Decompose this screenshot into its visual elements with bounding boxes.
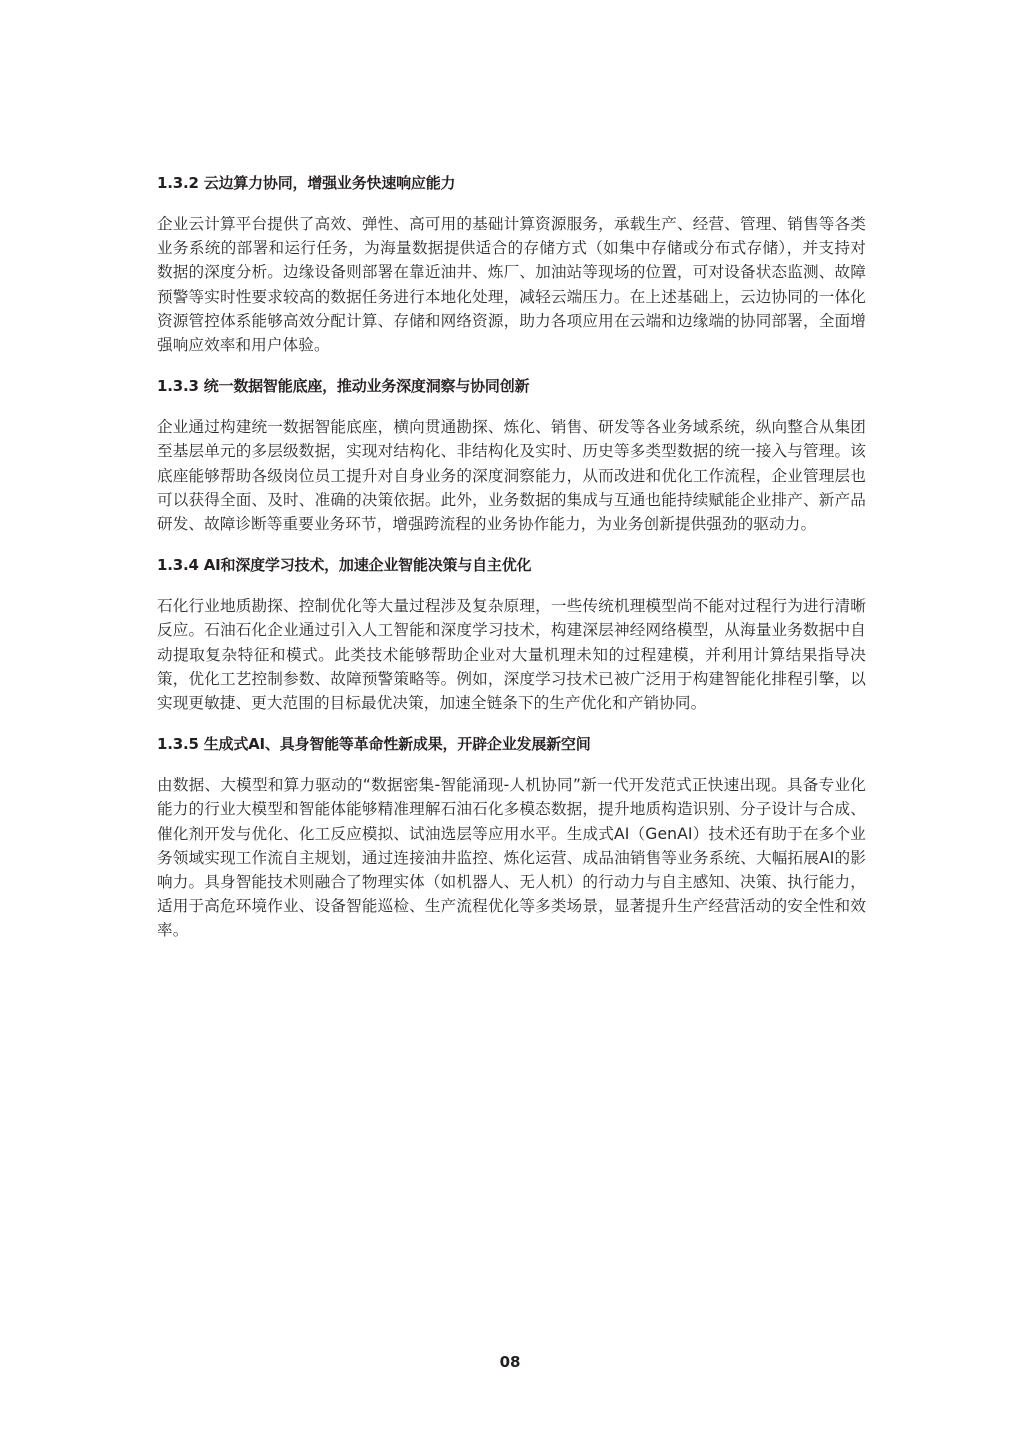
section-1-3-2: 1.3.2 云边算力协同，增强业务快速响应能力 企业云计算平台提供了高效、弹性、… bbox=[157, 172, 866, 357]
page-content: 1.3.2 云边算力协同，增强业务快速响应能力 企业云计算平台提供了高效、弹性、… bbox=[157, 172, 866, 961]
section-heading: 1.3.4 AI和深度学习技术，加速企业智能决策与自主优化 bbox=[157, 554, 866, 576]
page-number: 08 bbox=[0, 1353, 1020, 1371]
section-heading: 1.3.2 云边算力协同，增强业务快速响应能力 bbox=[157, 172, 866, 194]
section-1-3-3: 1.3.3 统一数据智能底座，推动业务深度洞察与协同创新 企业通过构建统一数据智… bbox=[157, 375, 866, 536]
section-heading: 1.3.3 统一数据智能底座，推动业务深度洞察与协同创新 bbox=[157, 375, 866, 397]
section-paragraph: 企业通过构建统一数据智能底座，横向贯通勘探、炼化、销售、研发等各业务域系统，纵向… bbox=[157, 415, 866, 536]
section-paragraph: 由数据、大模型和算力驱动的“数据密集-智能涌现-人机协同”新一代开发范式正快速出… bbox=[157, 773, 866, 942]
section-1-3-5: 1.3.5 生成式AI、具身智能等革命性新成果，开辟企业发展新空间 由数据、大模… bbox=[157, 733, 866, 942]
section-paragraph: 企业云计算平台提供了高效、弹性、高可用的基础计算资源服务，承载生产、经营、管理、… bbox=[157, 212, 866, 357]
section-1-3-4: 1.3.4 AI和深度学习技术，加速企业智能决策与自主优化 石化行业地质勘探、控… bbox=[157, 554, 866, 715]
section-heading: 1.3.5 生成式AI、具身智能等革命性新成果，开辟企业发展新空间 bbox=[157, 733, 866, 755]
section-paragraph: 石化行业地质勘探、控制优化等大量过程涉及复杂原理，一些传统机理模型尚不能对过程行… bbox=[157, 594, 866, 715]
